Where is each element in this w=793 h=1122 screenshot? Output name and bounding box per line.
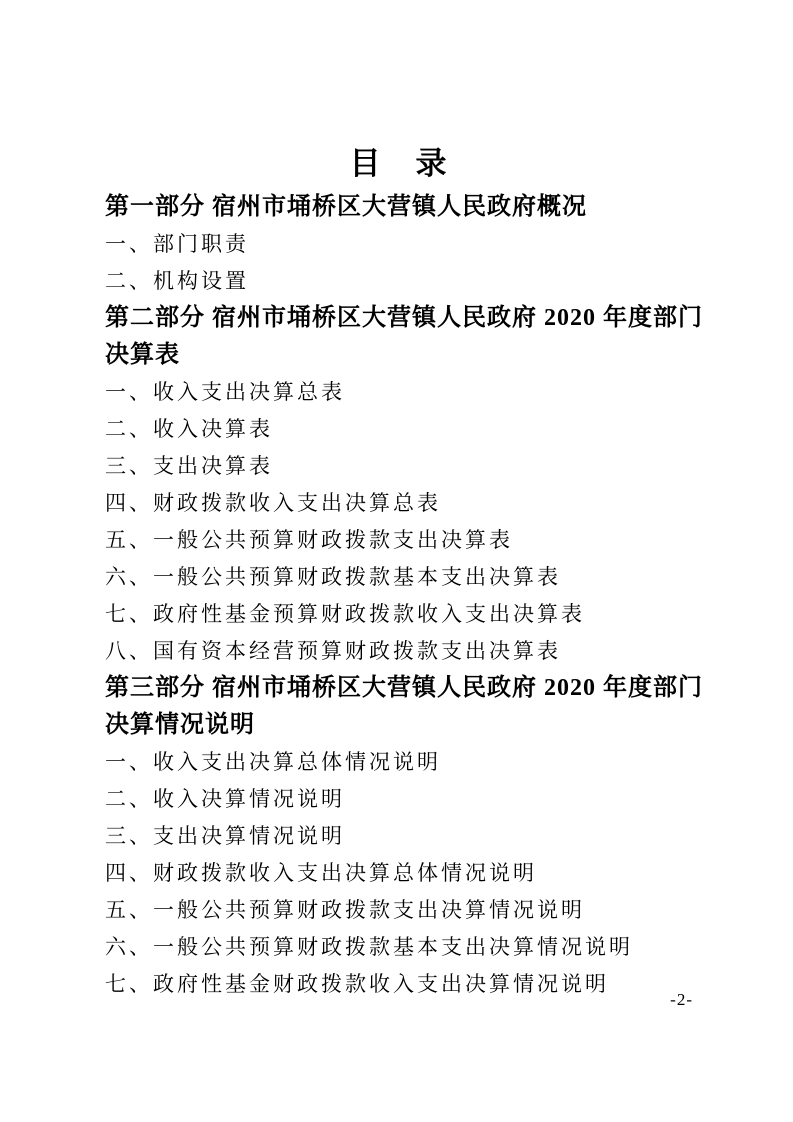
page-number: -2- [670, 990, 693, 1010]
toc-item: 六、一般公共预算财政拨款基本支出决算情况说明 [105, 929, 693, 966]
toc-item: 二、机构设置 [105, 263, 693, 300]
toc-item: 七、政府性基金财政拨款收入支出决算情况说明 [105, 966, 693, 1003]
toc-section-3: 第三部分 宿州市埇桥区大营镇人民政府 2020 年度部门 决算情况说明 一、收入… [105, 670, 693, 1003]
toc-item: 一、部门职责 [105, 226, 693, 263]
toc-item: 五、一般公共预算财政拨款支出决算情况说明 [105, 892, 693, 929]
toc-item: 二、收入决算表 [105, 411, 693, 448]
toc-item: 七、政府性基金预算财政拨款收入支出决算表 [105, 596, 693, 633]
section-heading: 第一部分 宿州市埇桥区大营镇人民政府概况 [105, 189, 693, 226]
toc-item: 三、支出决算情况说明 [105, 818, 693, 855]
section-heading: 第二部分 宿州市埇桥区大营镇人民政府 2020 年度部门 [105, 300, 693, 337]
toc-item: 八、国有资本经营预算财政拨款支出决算表 [105, 633, 693, 670]
section-heading: 第三部分 宿州市埇桥区大营镇人民政府 2020 年度部门 [105, 670, 693, 707]
toc-content: 目 录 第一部分 宿州市埇桥区大营镇人民政府概况 一、部门职责 二、机构设置 第… [0, 0, 793, 1003]
toc-section-1: 第一部分 宿州市埇桥区大营镇人民政府概况 一、部门职责 二、机构设置 [105, 189, 693, 300]
section-heading-continuation: 决算情况说明 [105, 707, 693, 744]
toc-item: 三、支出决算表 [105, 448, 693, 485]
toc-item: 二、收入决算情况说明 [105, 781, 693, 818]
toc-item: 四、财政拨款收入支出决算总表 [105, 485, 693, 522]
document-page: 目 录 第一部分 宿州市埇桥区大营镇人民政府概况 一、部门职责 二、机构设置 第… [0, 0, 793, 1122]
page-title: 目 录 [105, 145, 693, 183]
toc-item: 一、收入支出决算总表 [105, 374, 693, 411]
toc-item: 一、收入支出决算总体情况说明 [105, 744, 693, 781]
toc-item: 六、一般公共预算财政拨款基本支出决算表 [105, 559, 693, 596]
toc-section-2: 第二部分 宿州市埇桥区大营镇人民政府 2020 年度部门 决算表 一、收入支出决… [105, 300, 693, 670]
section-heading-continuation: 决算表 [105, 337, 693, 374]
toc-item: 四、财政拨款收入支出决算总体情况说明 [105, 855, 693, 892]
toc-item: 五、一般公共预算财政拨款支出决算表 [105, 522, 693, 559]
